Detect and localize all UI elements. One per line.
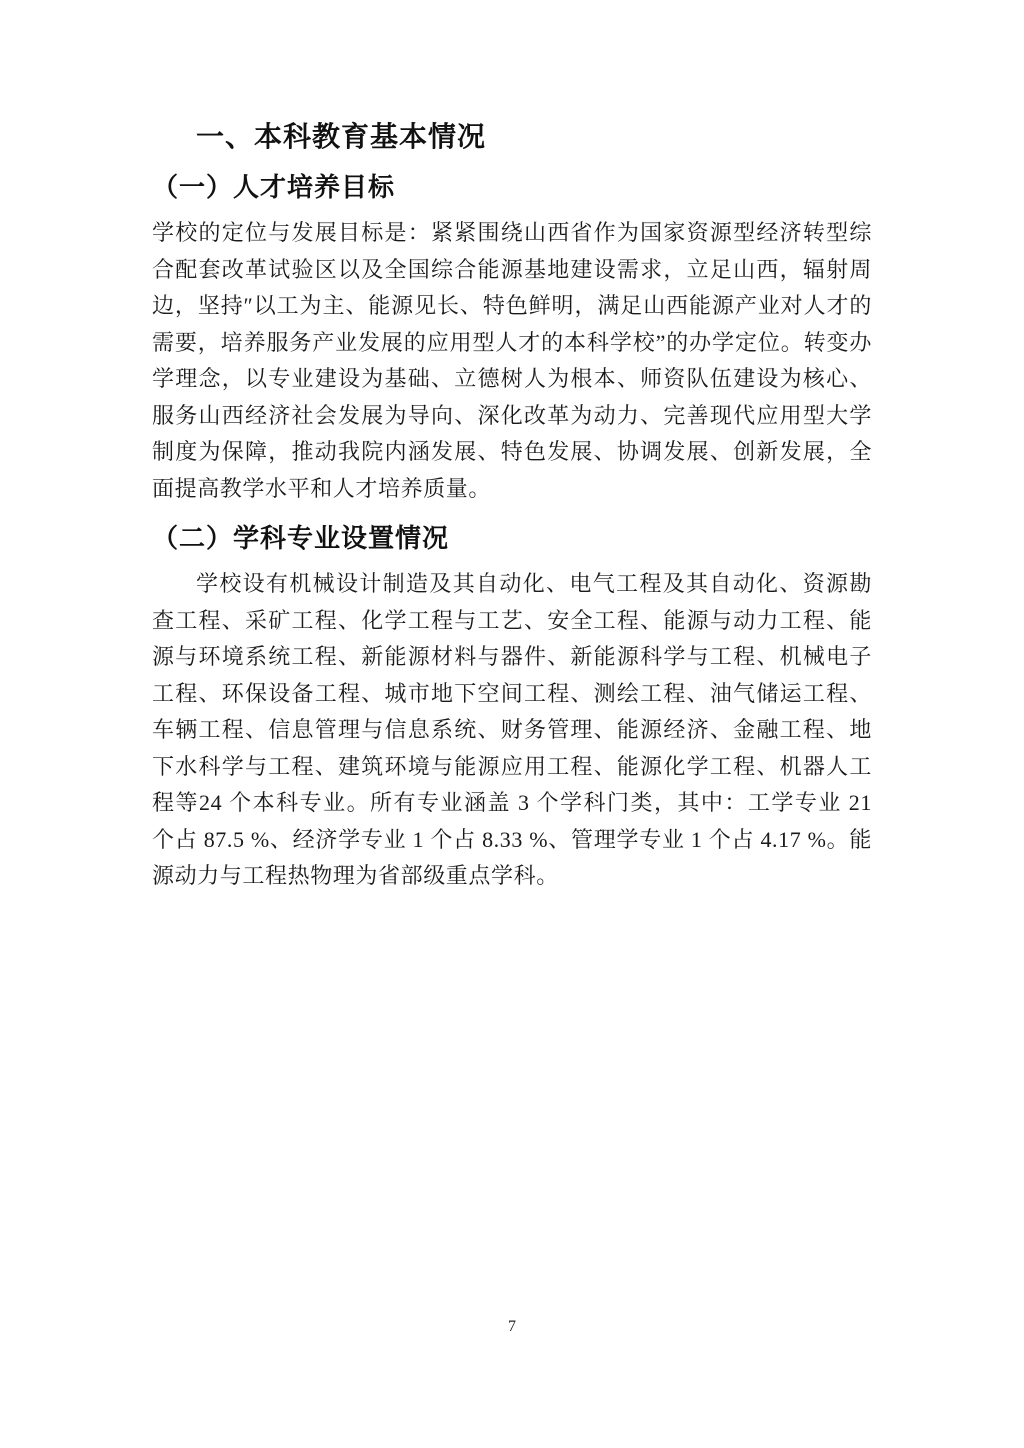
section-heading-discipline-setup: （二）学科专业设置情况 bbox=[152, 519, 872, 557]
section-heading-talent-goal: （一）人才培养目标 bbox=[152, 168, 872, 206]
document-page: 一、本科教育基本情况 （一）人才培养目标 学校的定位与发展目标是：紧紧围绕山西省… bbox=[0, 0, 1024, 1448]
section-talent-goal-paragraph: 学校的定位与发展目标是：紧紧围绕山西省作为国家资源型经济转型综合配套改革试验区以… bbox=[152, 215, 872, 507]
document-content: 一、本科教育基本情况 （一）人才培养目标 学校的定位与发展目标是：紧紧围绕山西省… bbox=[152, 0, 872, 895]
document-title: 一、本科教育基本情况 bbox=[152, 0, 872, 156]
page-number: 7 bbox=[0, 1318, 1024, 1336]
section-discipline-setup-paragraph: 学校设有机械设计制造及其自动化、电气工程及其自动化、资源勘查工程、采矿工程、化学… bbox=[152, 566, 872, 895]
